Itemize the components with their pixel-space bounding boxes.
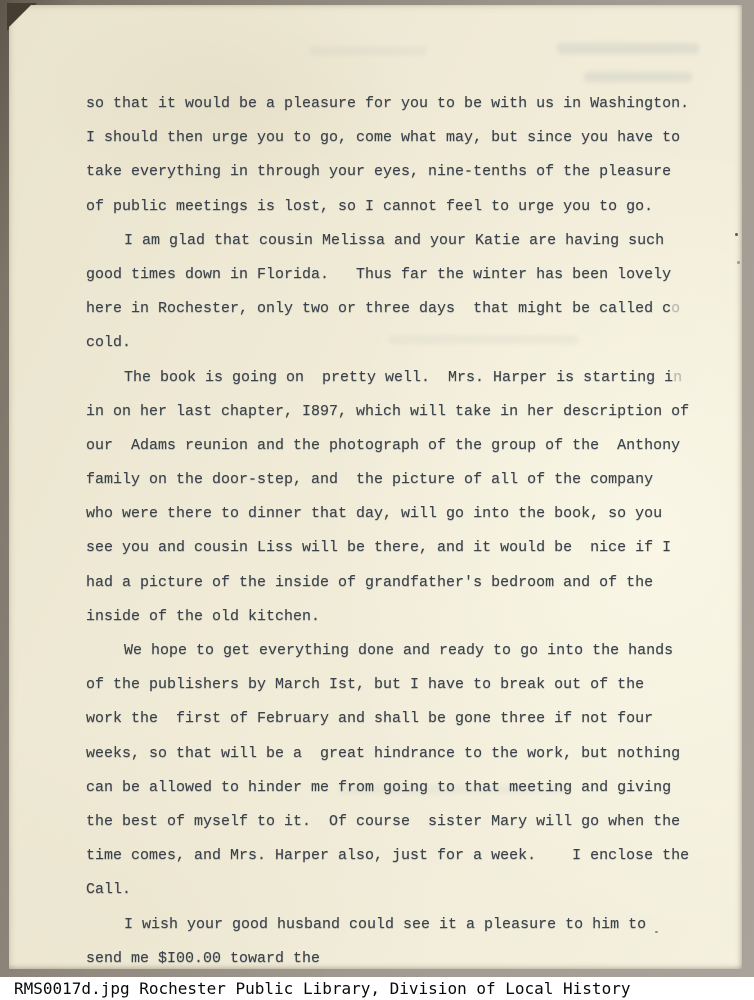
letter-line: of the publishers by March Ist, but I ha… xyxy=(86,668,716,702)
letter-line: inside of the old kitchen. xyxy=(86,600,716,634)
letter-line: send me $I00.00 toward the xyxy=(86,942,716,976)
letter-line: can be allowed to hinder me from going t… xyxy=(86,771,716,805)
paper-speck xyxy=(735,233,738,236)
letter-line: good times down in Florida. Thus far the… xyxy=(86,258,716,292)
letter-line: time comes, and Mrs. Harper also, just f… xyxy=(86,839,716,873)
caption-bar: RMS0017d.jpg Rochester Public Library, D… xyxy=(0,977,754,1000)
letter-paper: so that it would be a pleasure for you t… xyxy=(9,5,742,969)
bleedthrough-smudge xyxy=(309,47,427,55)
letter-line: here in Rochester, only two or three day… xyxy=(86,292,716,326)
bleedthrough-smudge xyxy=(584,72,692,82)
letter-line: the best of myself to it. Of course sist… xyxy=(86,805,716,839)
scanned-letter-page: so that it would be a pleasure for you t… xyxy=(0,0,754,1000)
letter-line: I am glad that cousin Melissa and your K… xyxy=(86,224,716,258)
scan-mat: so that it would be a pleasure for you t… xyxy=(0,0,754,977)
caption-filename: RMS0017d.jpg xyxy=(14,979,130,998)
letter-line: see you and cousin Liss will be there, a… xyxy=(86,531,716,565)
letter-line: family on the door-step, and the picture… xyxy=(86,463,716,497)
letter-line: cold. xyxy=(86,326,716,360)
letter-body: so that it would be a pleasure for you t… xyxy=(86,87,716,976)
caption-source: Rochester Public Library, Division of Lo… xyxy=(139,979,630,998)
letter-line: work the first of February and shall be … xyxy=(86,702,716,736)
letter-line: so that it would be a pleasure for you t… xyxy=(86,87,716,121)
letter-line: The book is going on pretty well. Mrs. H… xyxy=(86,361,716,395)
letter-line: Call. xyxy=(86,873,716,907)
letter-line: of public meetings is lost, so I cannot … xyxy=(86,190,716,224)
letter-line: I wish your good husband could see it a … xyxy=(86,908,716,942)
letter-line: who were there to dinner that day, will … xyxy=(86,497,716,531)
letter-line: We hope to get everything done and ready… xyxy=(86,634,716,668)
bleedthrough-smudge xyxy=(557,43,699,54)
letter-line: take everything in through your eyes, ni… xyxy=(86,155,716,189)
letter-line: weeks, so that will be a great hindrance… xyxy=(86,737,716,771)
letter-line: had a picture of the inside of grandfath… xyxy=(86,566,716,600)
letter-line: I should then urge you to go, come what … xyxy=(86,121,716,155)
letter-line: in on her last chapter, I897, which will… xyxy=(86,395,716,429)
paper-speck xyxy=(737,261,740,264)
letter-line: our Adams reunion and the photograph of … xyxy=(86,429,716,463)
